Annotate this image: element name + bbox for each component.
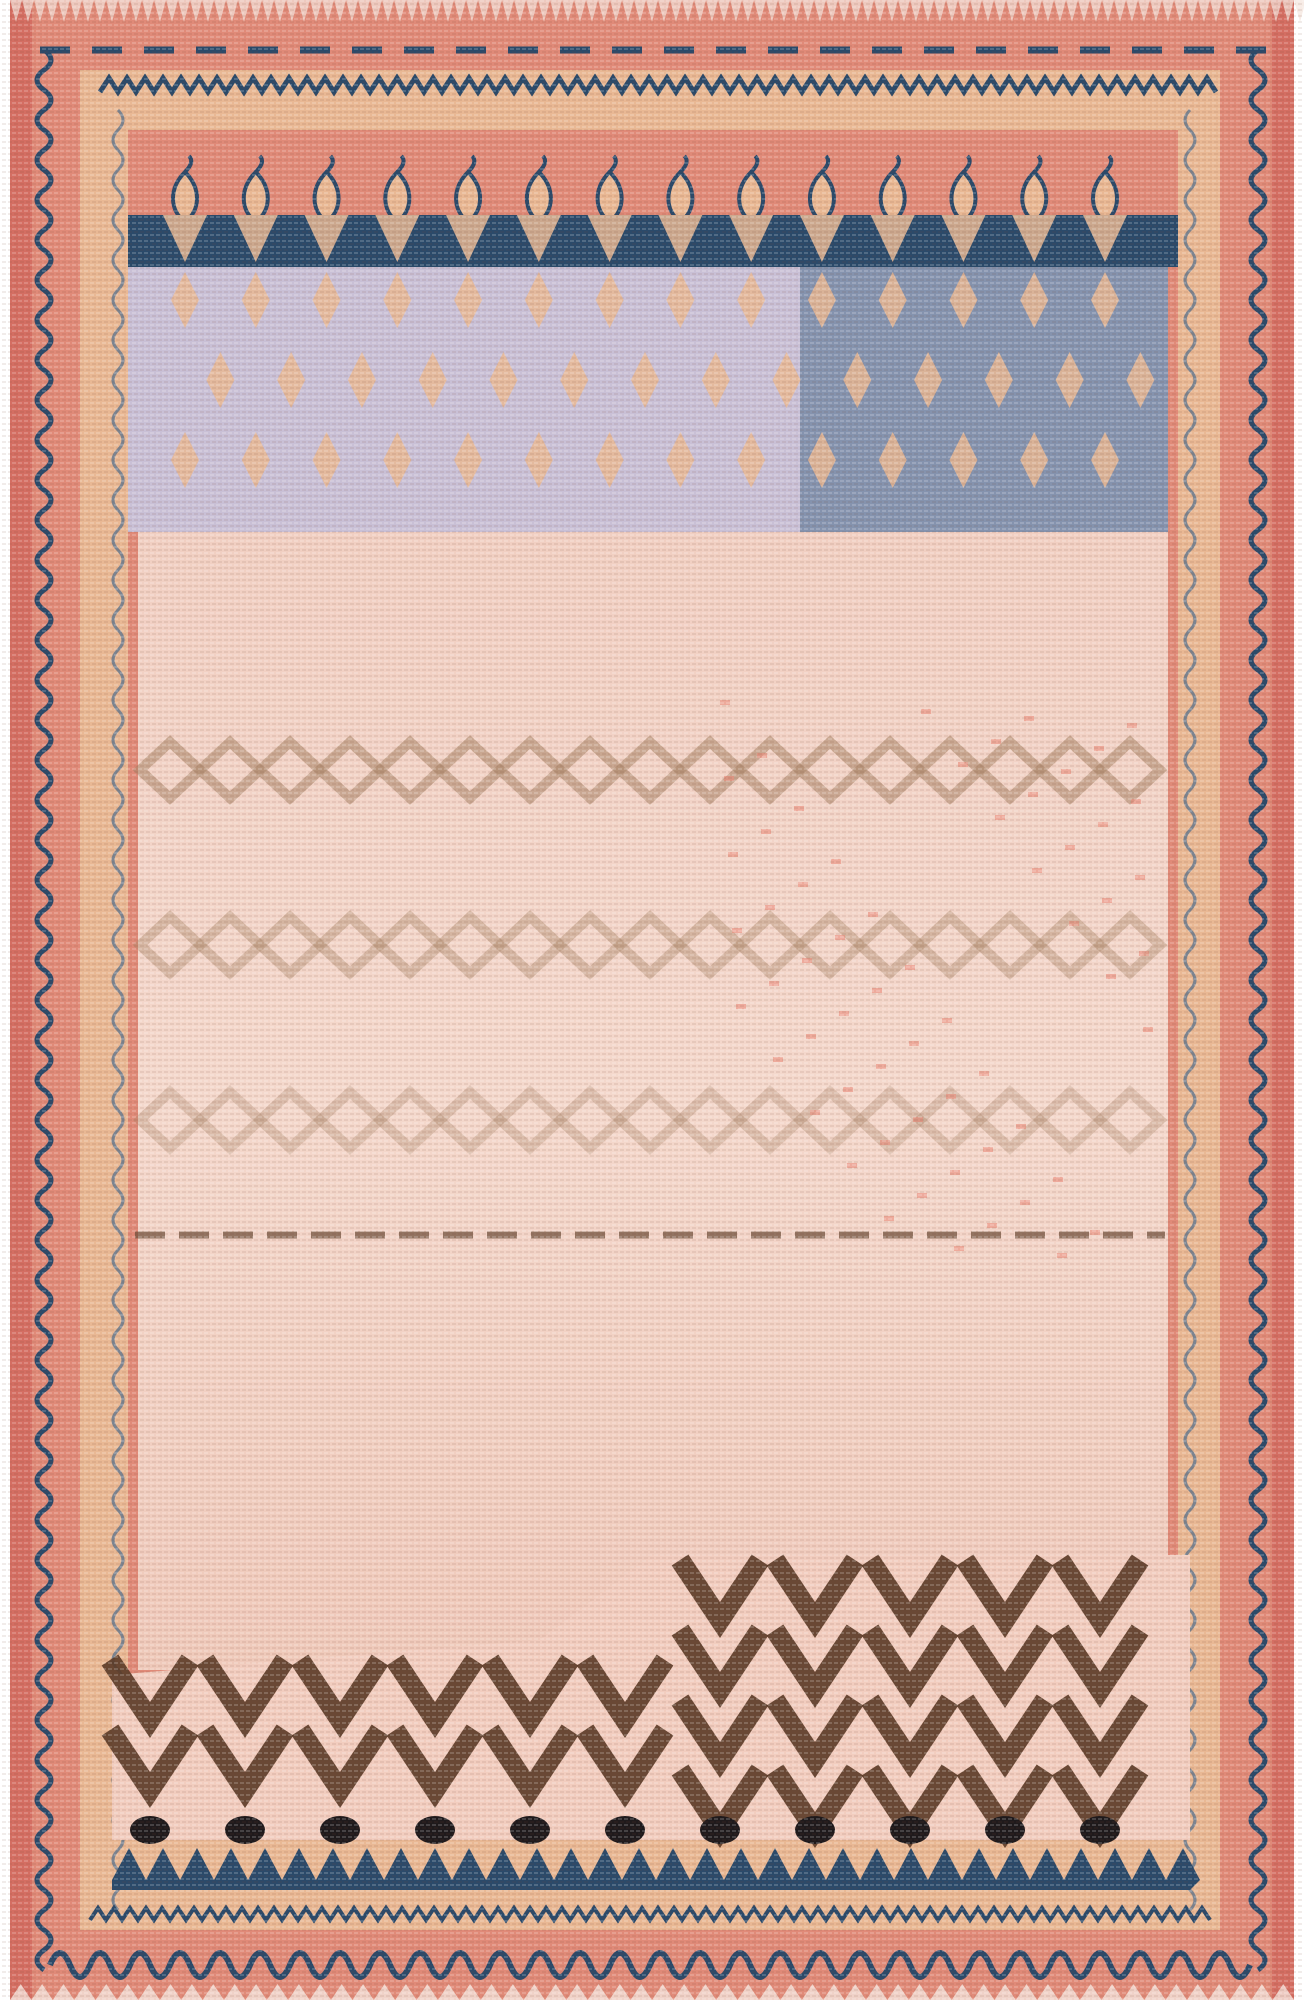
rug-photo — [0, 0, 1304, 2000]
weave-texture — [0, 0, 1304, 2000]
